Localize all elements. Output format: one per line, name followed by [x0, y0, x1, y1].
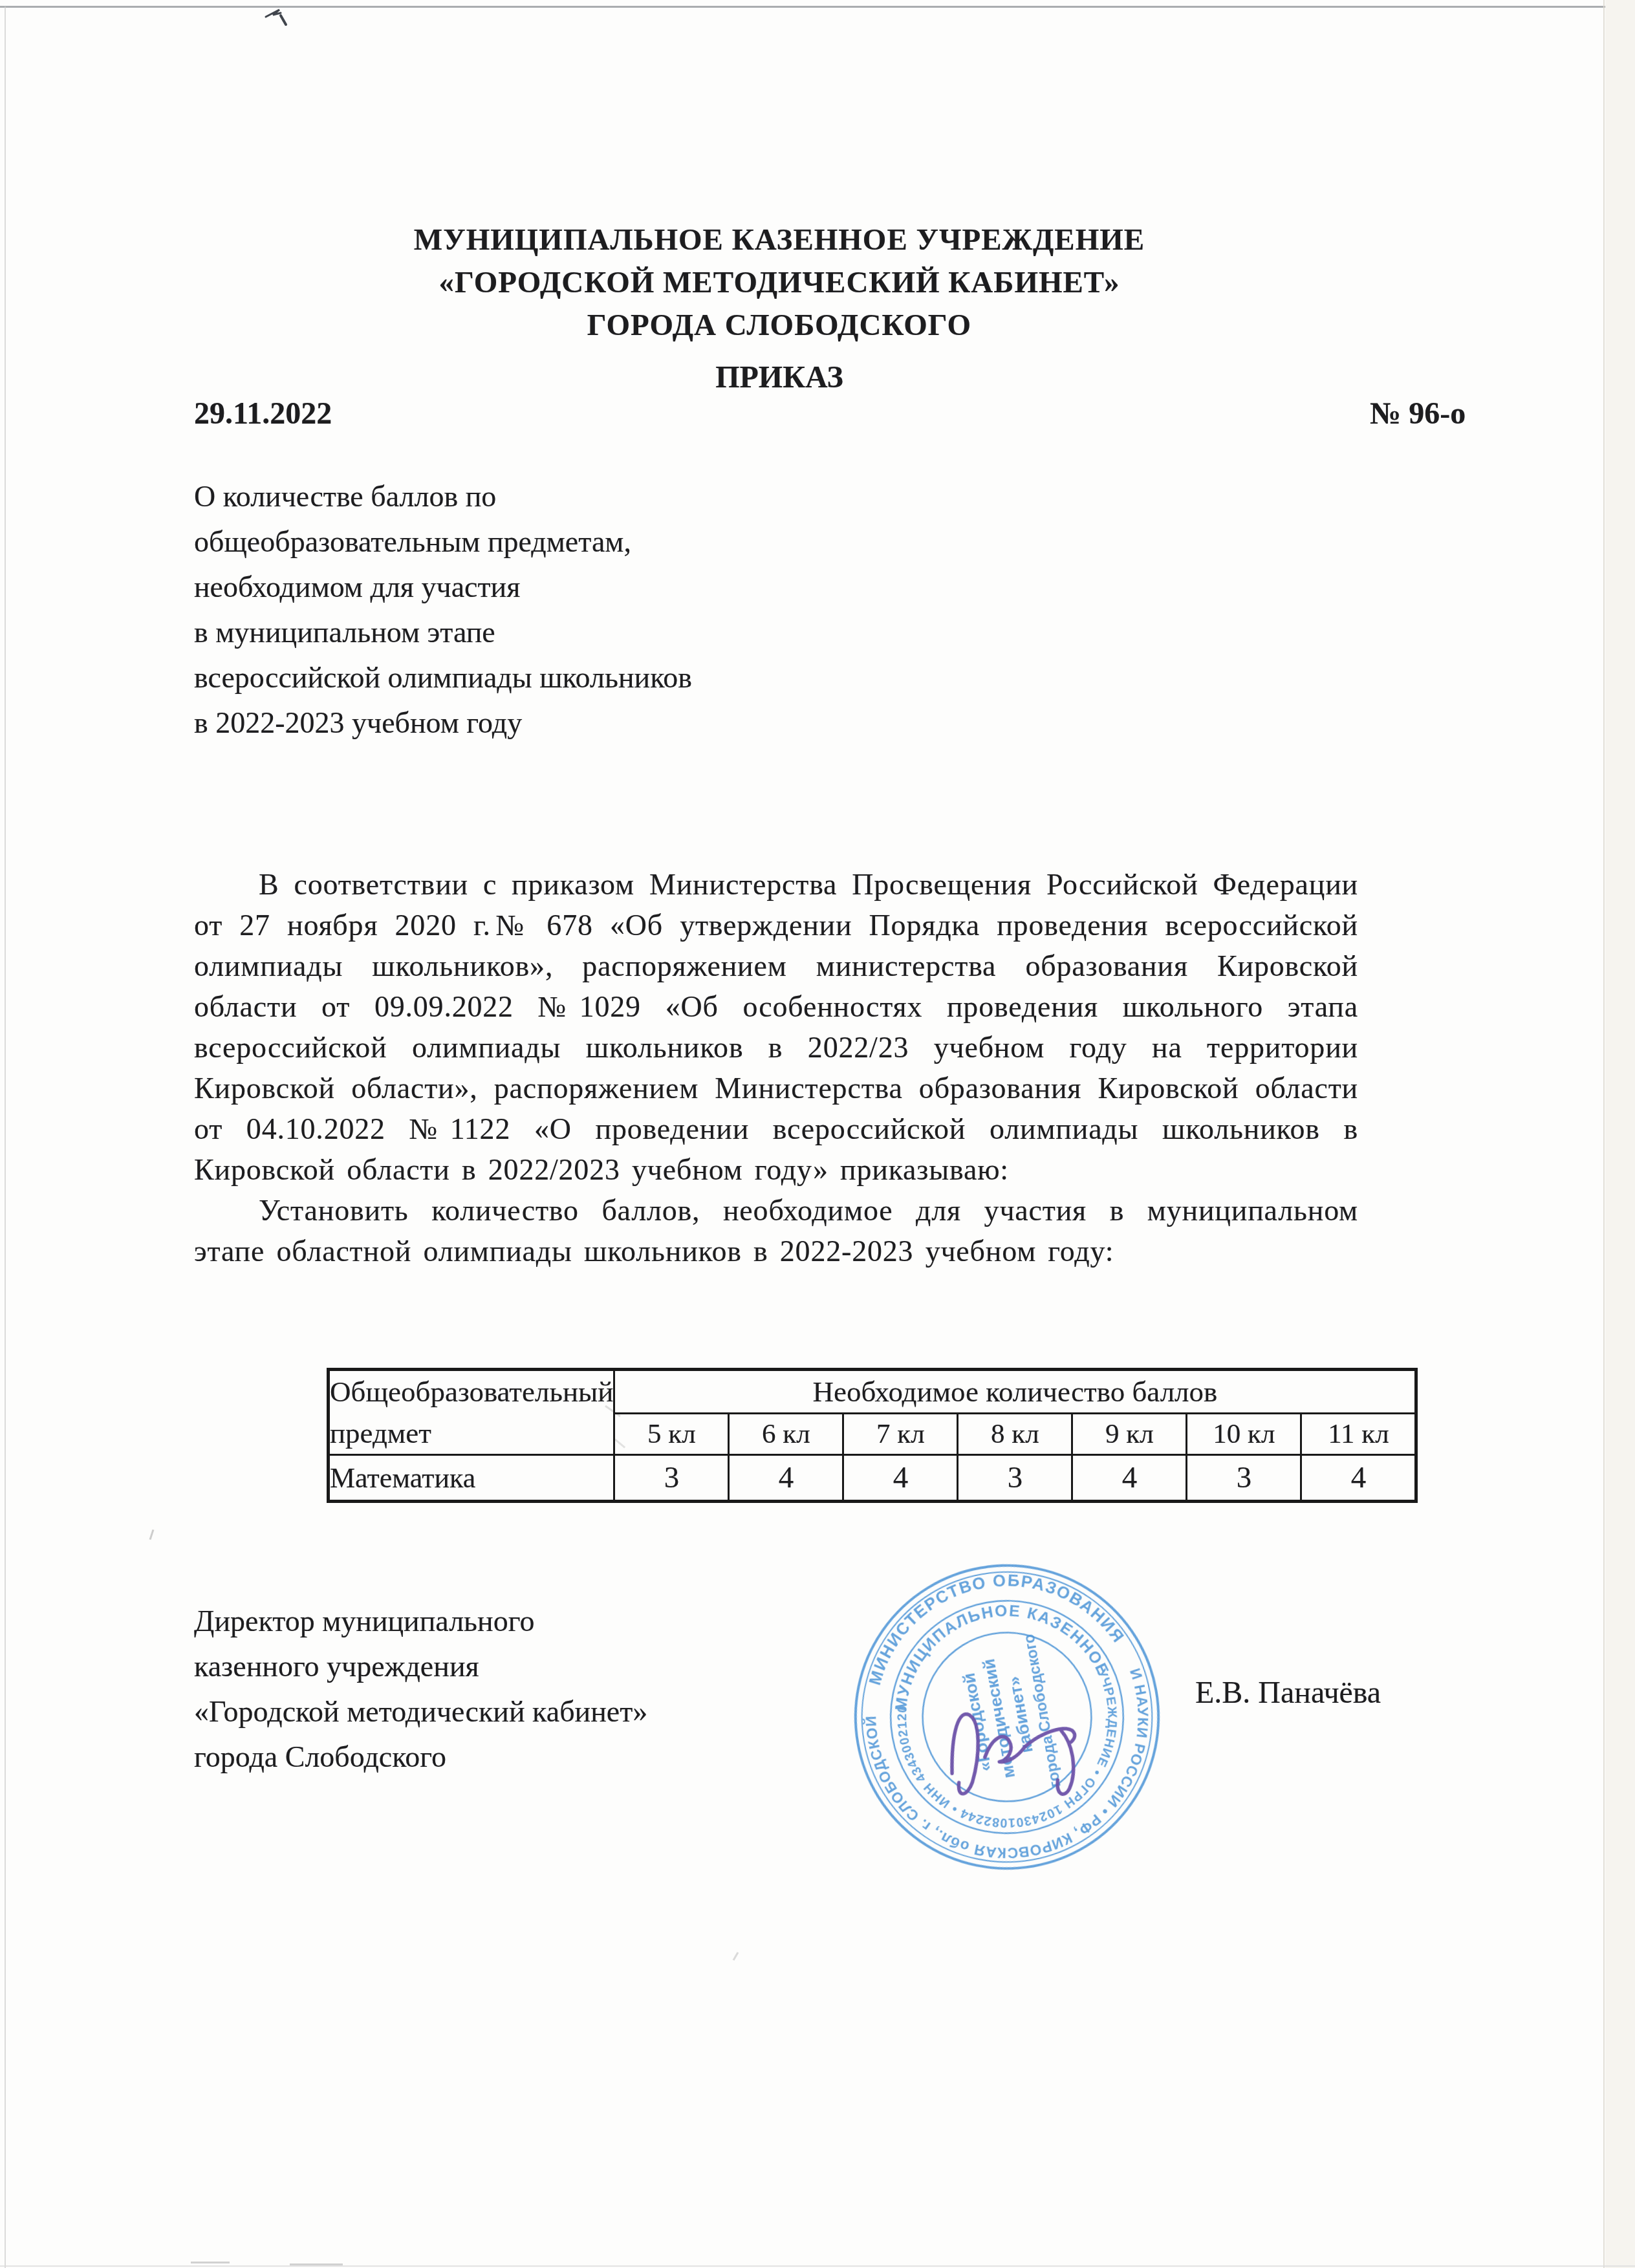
subject-line: всероссийской олимпиады школьников	[194, 655, 970, 700]
scan-edge-left	[5, 6, 6, 2268]
table-class-header: 6 кл	[729, 1413, 843, 1454]
body-paragraph-2: Установить количество баллов, необходимо…	[194, 1190, 1358, 1271]
org-name-line3: ГОРОДА СЛОБОДСКОГО	[194, 304, 1365, 347]
table-cell-value: 3	[1187, 1455, 1301, 1502]
org-name-line2: «ГОРОДСКОЙ МЕТОДИЧЕСКИЙ КАБИНЕТ»	[194, 261, 1365, 304]
subject-line: в 2022-2023 учебном году	[194, 700, 970, 746]
table-cell-value: 3	[958, 1455, 1072, 1502]
subject-line: в муниципальном этапе	[194, 610, 970, 655]
signature-title-line: города Слободского	[194, 1734, 841, 1780]
document-date: 29.11.2022	[194, 396, 332, 431]
subject-line: необходимом для участия	[194, 565, 970, 610]
table-cell-subject: Математика	[329, 1455, 614, 1502]
signature-title-line: Директор муниципального	[194, 1599, 841, 1644]
subject-line: общеобразовательным предметам,	[194, 519, 970, 565]
scan-artifact	[149, 1529, 155, 1540]
scan-edge-bottom	[0, 2265, 1635, 2267]
table-col1-header: Общеобразовательный предмет	[329, 1370, 614, 1455]
signature-title-line: «Городской методический кабинет»	[194, 1689, 841, 1734]
scan-edge-top	[0, 6, 1635, 8]
scan-artifact	[191, 2262, 230, 2263]
table-class-header: 10 кл	[1187, 1413, 1301, 1454]
table-cell-value: 3	[614, 1455, 729, 1502]
signer-name: Е.В. Паначёва	[1195, 1675, 1381, 1711]
subject-line: О количестве баллов по	[194, 474, 970, 519]
table-cell-value: 4	[843, 1455, 958, 1502]
table-cell-value: 4	[1072, 1455, 1187, 1502]
table-cell-value: 4	[729, 1455, 843, 1502]
table-header-row-1: Общеобразовательный предмет Необходимое …	[329, 1370, 1416, 1414]
table-class-header: 11 кл	[1301, 1413, 1416, 1454]
official-stamp: МИНИСТЕРСТВО ОБРАЗОВАНИЯ И НАУКИ РОССИИ …	[822, 1532, 1192, 1902]
table-col1-header-line1: Общеобразовательный	[330, 1376, 613, 1408]
scores-table: Общеобразовательный предмет Необходимое …	[327, 1368, 1418, 1503]
table-class-header: 5 кл	[614, 1413, 729, 1454]
table-class-header: 8 кл	[958, 1413, 1072, 1454]
table-row: Математика 3 4 4 3 4 3 4	[329, 1455, 1416, 1502]
table-group-header: Необходимое количество баллов	[614, 1370, 1416, 1414]
document-subject: О количестве баллов по общеобразовательн…	[194, 474, 970, 746]
scan-artifact	[290, 2263, 343, 2265]
table-col1-header-line2: предмет	[330, 1417, 431, 1449]
org-header: МУНИЦИПАЛЬНОЕ КАЗЕННОЕ УЧРЕЖДЕНИЕ «ГОРОД…	[194, 219, 1365, 347]
scan-edge-right-band	[1605, 0, 1635, 2268]
scanned-order-document: МУНИЦИПАЛЬНОЕ КАЗЕННОЕ УЧРЕЖДЕНИЕ «ГОРОД…	[0, 0, 1635, 2268]
table-class-header: 7 кл	[843, 1413, 958, 1454]
scan-edge-right-line	[1603, 0, 1605, 2268]
document-body: В соответствии с приказом Министерства П…	[194, 864, 1358, 1271]
document-number: № 96-о	[1370, 396, 1466, 431]
table-class-header: 9 кл	[1072, 1413, 1187, 1454]
org-name-line1: МУНИЦИПАЛЬНОЕ КАЗЕННОЕ УЧРЕЖДЕНИЕ	[194, 219, 1365, 261]
signature-title-block: Директор муниципального казенного учрежд…	[194, 1599, 841, 1780]
signature-title-line: казенного учреждения	[194, 1644, 841, 1689]
table-cell-value: 4	[1301, 1455, 1416, 1502]
body-paragraph-1: В соответствии с приказом Министерства П…	[194, 864, 1358, 1190]
document-type-title: ПРИКАЗ	[194, 360, 1365, 395]
pen-mark-artifact	[264, 6, 292, 28]
scan-artifact	[733, 1952, 739, 1961]
